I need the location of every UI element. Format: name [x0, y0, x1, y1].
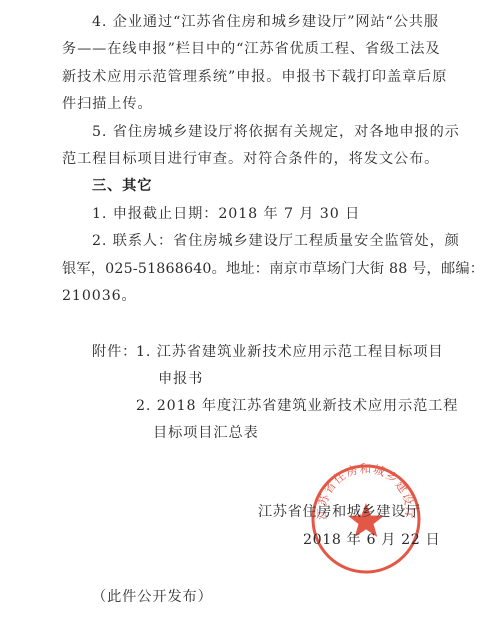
section-heading: 三、其它: [92, 177, 152, 195]
attachment-2-line-2: 目标项目汇总表: [153, 424, 259, 442]
paragraph-4-line-1: 4. 企业通过“江苏省住房和城乡建设厅”网站“公共服: [92, 13, 439, 31]
document-page: 4. 企业通过“江苏省住房和城乡建设厅”网站“公共服 务——在线申报”栏目中的“…: [0, 0, 497, 638]
attachment-1-line-1: 1. 江苏省建筑业新技术应用示范工程目标项目: [136, 343, 443, 361]
item-1-deadline: 1. 申报截止日期：2018 年 7 月 30 日: [92, 205, 360, 223]
item-2-line-2: 银军，025-51868640。地址：南京市草场门大街 88 号，邮编：: [62, 260, 484, 278]
paragraph-5-line-2: 范工程目标项目进行审查。对符合条件的，将发文公布。: [62, 150, 439, 168]
paragraph-4-line-2: 务——在线申报”栏目中的“江苏省优质工程、省级工法及: [62, 40, 440, 58]
footer-public-release-note: （此件公开发布）: [92, 588, 213, 606]
paragraph-5-line-1: 5. 省住房城乡建设厅将依据有关规定，对各地申报的示: [92, 123, 460, 141]
signature-organization: 江苏省住房和城乡建设厅: [258, 503, 421, 521]
paragraph-4-line-4: 件扫描上传。: [62, 95, 153, 113]
item-2-line-3: 210036。: [62, 287, 137, 305]
paragraph-4-line-3: 新技术应用示范管理系统”申报。申报书下载打印盖章后原: [62, 68, 447, 86]
attachment-2-line-1: 2. 2018 年度江苏省建筑业新技术应用示范工程: [136, 397, 458, 415]
attachments-label: 附件：: [92, 343, 137, 361]
item-2-line-1: 2. 联系人：省住房城乡建设厅工程质量安全监管处，颜: [92, 232, 460, 250]
attachment-1-line-2: 申报书: [158, 370, 203, 388]
signature-date: 2018 年 6 月 22 日: [303, 531, 440, 549]
